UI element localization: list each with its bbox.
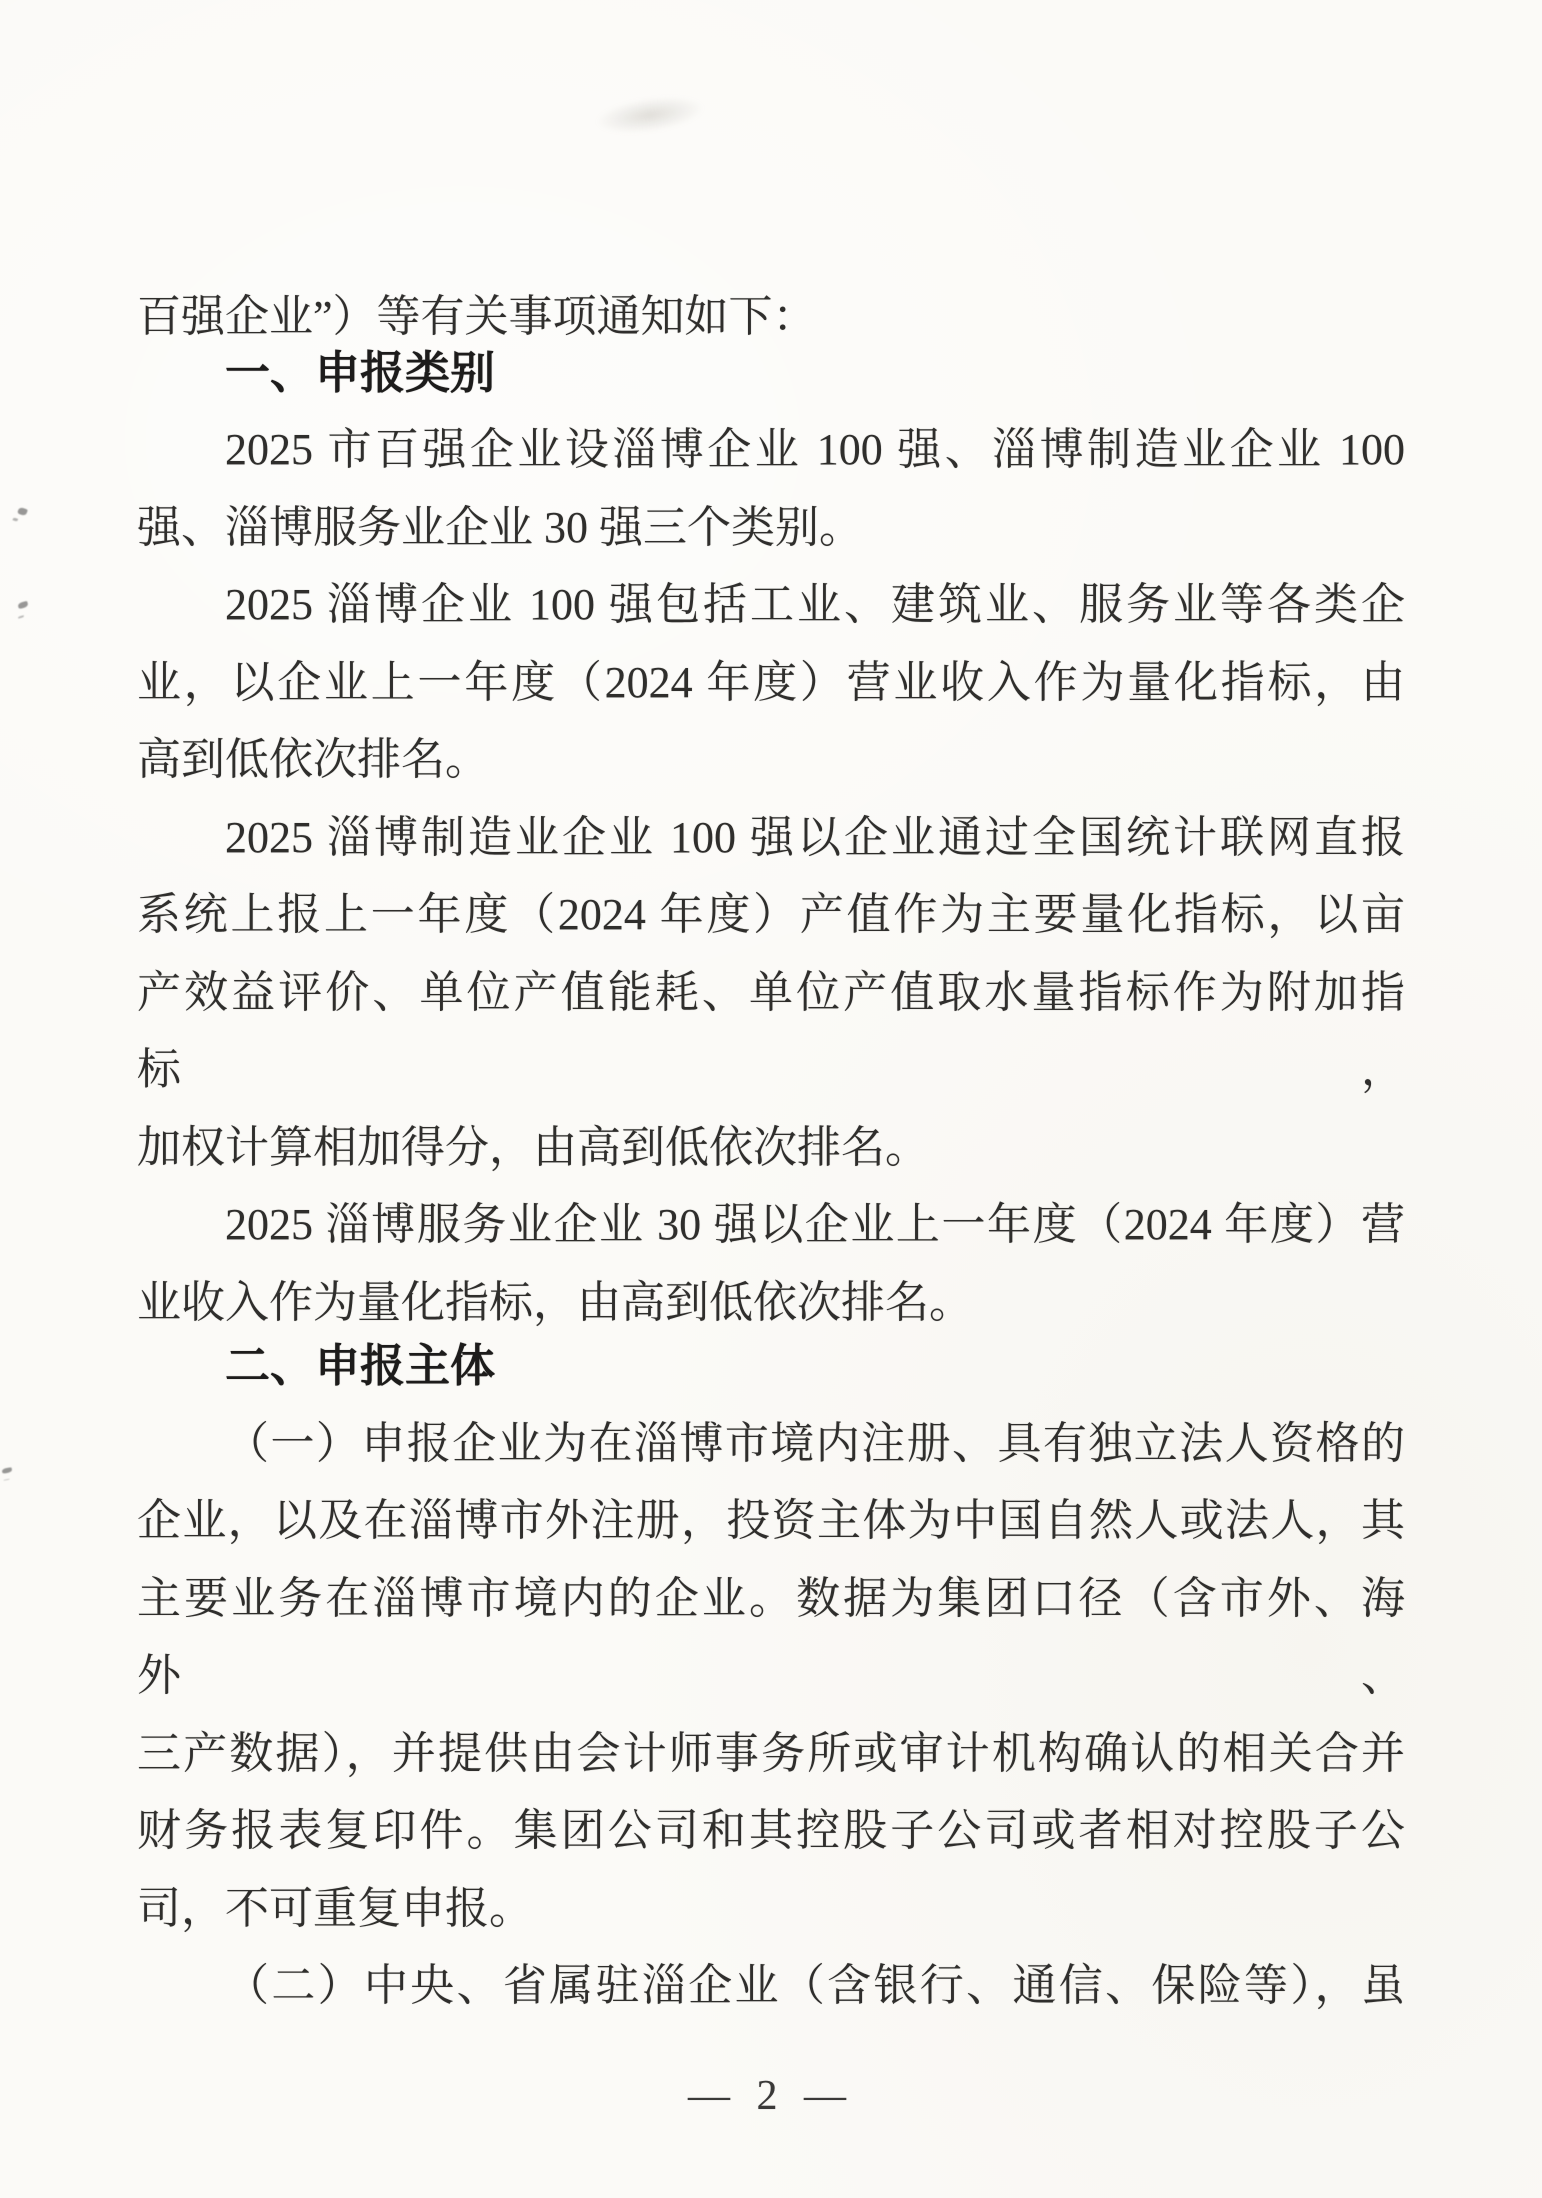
body-line: 司，不可重复申报。 bbox=[137, 1870, 1405, 1948]
body-line: 强、淄博服务业企业 30 强三个类别。 bbox=[137, 489, 1405, 567]
body-line: 三产数据），并提供由会计师事务所或审计机构确认的相关合并 bbox=[137, 1715, 1405, 1793]
body-line: 加权计算相加得分，由高到低依次排名。 bbox=[137, 1109, 1405, 1187]
scan-smudge-artifact bbox=[593, 91, 707, 140]
toner-speck bbox=[17, 601, 28, 609]
page-number: — 2 — bbox=[0, 2072, 1542, 2120]
body-line: 2025 淄博服务业企业 30 强以企业上一年度（2024 年度）营 bbox=[137, 1186, 1405, 1264]
scanned-document-page: 百强企业”）等有关事项通知如下： 一、申报类别 2025 市百强企业设淄博企业 … bbox=[0, 0, 1542, 2198]
body-line: 2025 淄博制造业企业 100 强以企业通过全国统计联网直报 bbox=[137, 799, 1405, 877]
body-line: 2025 市百强企业设淄博企业 100 强、淄博制造业企业 100 bbox=[137, 411, 1405, 489]
body-line: 主要业务在淄博市境内的企业。数据为集团口径（含市外、海外、 bbox=[137, 1560, 1405, 1715]
body-line: 高到低依次排名。 bbox=[137, 721, 1405, 799]
body-line: 业，以企业上一年度（2024 年度）营业收入作为量化指标，由 bbox=[137, 644, 1405, 722]
body-line: （二）中央、省属驻淄企业（含银行、通信、保险等），虽 bbox=[137, 1947, 1405, 2025]
document-body: 百强企业”）等有关事项通知如下： 一、申报类别 2025 市百强企业设淄博企业 … bbox=[137, 278, 1405, 2025]
body-line: 企业，以及在淄博市外注册，投资主体为中国自然人或法人，其 bbox=[137, 1482, 1405, 1560]
body-line: 系统上报上一年度（2024 年度）产值作为主要量化指标，以亩 bbox=[137, 876, 1405, 954]
body-line: 财务报表复印件。集团公司和其控股子公司或者相对控股子公 bbox=[137, 1792, 1405, 1870]
body-line: 2025 淄博企业 100 强包括工业、建筑业、服务业等各类企 bbox=[137, 566, 1405, 644]
body-line: 产效益评价、单位产值能耗、单位产值取水量指标作为附加指标， bbox=[137, 954, 1405, 1109]
body-line: （一）申报企业为在淄博市境内注册、具有独立法人资格的 bbox=[137, 1405, 1405, 1483]
toner-speck bbox=[2, 1467, 13, 1474]
toner-speck bbox=[17, 507, 28, 517]
